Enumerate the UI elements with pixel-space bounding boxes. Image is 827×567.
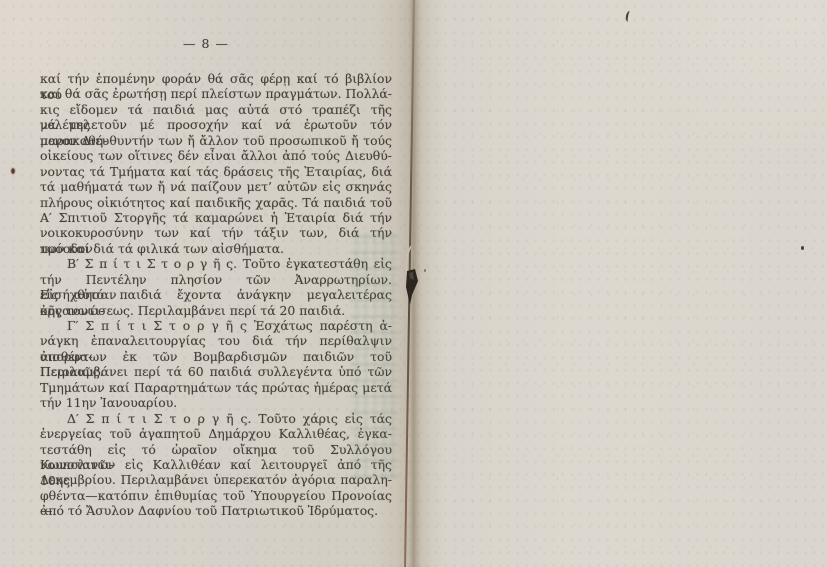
text-line: Περιλαμβάνει περί τά 60 παιδιά συλλεγέντ…	[40, 364, 392, 379]
text-line: νάγκη ἐπαναλειτουργίας του διά τήν περίθ…	[40, 333, 392, 348]
text-line: Α′ Σπιτιοῦ Στοργῆς τά καμαρώνει ἡ Ἑταιρί…	[40, 210, 392, 225]
page-9: — 9 — Ἡ ἡλικία των εἶναι 7—15 ἐτῶν καί ἡ…	[413, 0, 827, 567]
ink-speck	[424, 269, 426, 272]
text-line: ἐνεργείας τοῦ ἀγαπητοῦ Δημάρχου Καλλιθέα…	[40, 426, 392, 441]
text-line: τήν 11ην Ἰανουαρίου.	[40, 395, 392, 410]
text-line: νοικοκυροσύνην των καί τήν τάξιν των, δι…	[40, 225, 392, 240]
text-line: τεστάθη εἰς τό ὡραῖον οἴκημα τοῦ Συλλόγο…	[40, 442, 392, 457]
text-line: καί θά σᾶς ἐρωτήσῃ περί πλείστων πραγμάτ…	[40, 86, 392, 101]
text-line: ἀπό τό Ἄσυλον Δαφνίου τοῦ Πατριωτικοῦ Ἱδ…	[40, 503, 392, 518]
text-line: τήν Πεντέλην πλησίον τῶν Ἀναρρωτηρίων. Ε…	[40, 272, 392, 287]
text-line: μενον Διευθυντήν των ἤ ἄλλον τοῦ προσωπι…	[40, 133, 392, 148]
text-line: Γ′ Σ π ί τ ι Σ τ ο ρ γ ῆ ς Ἐσχάτως παρέσ…	[40, 318, 392, 333]
text-line: πλήρους οἰκιότητος καί παιδικῆς χαρᾶς. Τ…	[40, 195, 392, 210]
text-line: Τμημάτων καί Παραρτημάτων τάς πρώτας ἡμέ…	[40, 380, 392, 395]
text-line: οἰκείους των οἵτινες δέν εἶναι ἄλλοι ἀπό…	[40, 148, 392, 163]
ink-speck	[11, 168, 15, 174]
text-line: κῆς τονώσεως. Περιλαμβάνει περί τά 20 πα…	[40, 303, 392, 318]
text-line: νά μελετοῦν μέ προσοχήν καί νά ἐρωτοῦν τ…	[40, 117, 392, 132]
text-line: εἰς αὐτό παιδιά ἔχοντα ἀνάγκην μεγαλειτέ…	[40, 287, 392, 302]
text-line: κις εἴδομεν τά παιδιά μας αὐτά στό τραπέ…	[40, 102, 392, 117]
page-number-8: — 8 —	[30, 36, 382, 51]
text-line: νουπολιτῶν εἰς Καλλιθέαν καί λειτουργεῖ …	[40, 457, 392, 472]
page-8: — 8 — καί τήν ἑπομένην φοράν θά σᾶς φέρῃ…	[0, 0, 413, 567]
ink-speck	[801, 246, 804, 250]
text-line: νισθέντων ἐκ τῶν Βομβαρδισμῶν παιδιῶν το…	[40, 349, 392, 364]
staple	[398, 243, 424, 315]
text-line: φθέντα—κατόπιν ἐπιθυμίας τοῦ Ὑπουργείου …	[40, 488, 392, 503]
text-line: καί τήν ἑπομένην φοράν θά σᾶς φέρῃ καί τ…	[40, 71, 392, 86]
scanned-book-spread: — 8 — καί τήν ἑπομένην φοράν θά σᾶς φέρῃ…	[0, 0, 827, 567]
text-line: τά μαθήματά των ἤ νά παίζουν μετ’ αὐτῶν …	[40, 179, 392, 194]
text-line: Β′ Σ π ί τ ι Σ τ ο ρ γ ῆ ς. Τοῦτο ἐγκατε…	[40, 256, 392, 271]
page-8-text-block: καί τήν ἑπομένην φοράν θά σᾶς φέρῃ καί τ…	[40, 71, 392, 519]
text-line: των καί διά τά φιλικά των αἰσθήματα.	[40, 241, 392, 256]
text-line: Δεκεμβρίου. Περιλαμβάνει ὑπερεκατόν ἀγόρ…	[40, 472, 392, 487]
text-line: Δ′ Σ π ί τ ι Σ τ ο ρ γ ῆ ς. Τοῦτο χάρις …	[40, 411, 392, 426]
text-line: νοντας τά Τμήματα καί τάς δράσεις τῆς Ἑτ…	[40, 164, 392, 179]
